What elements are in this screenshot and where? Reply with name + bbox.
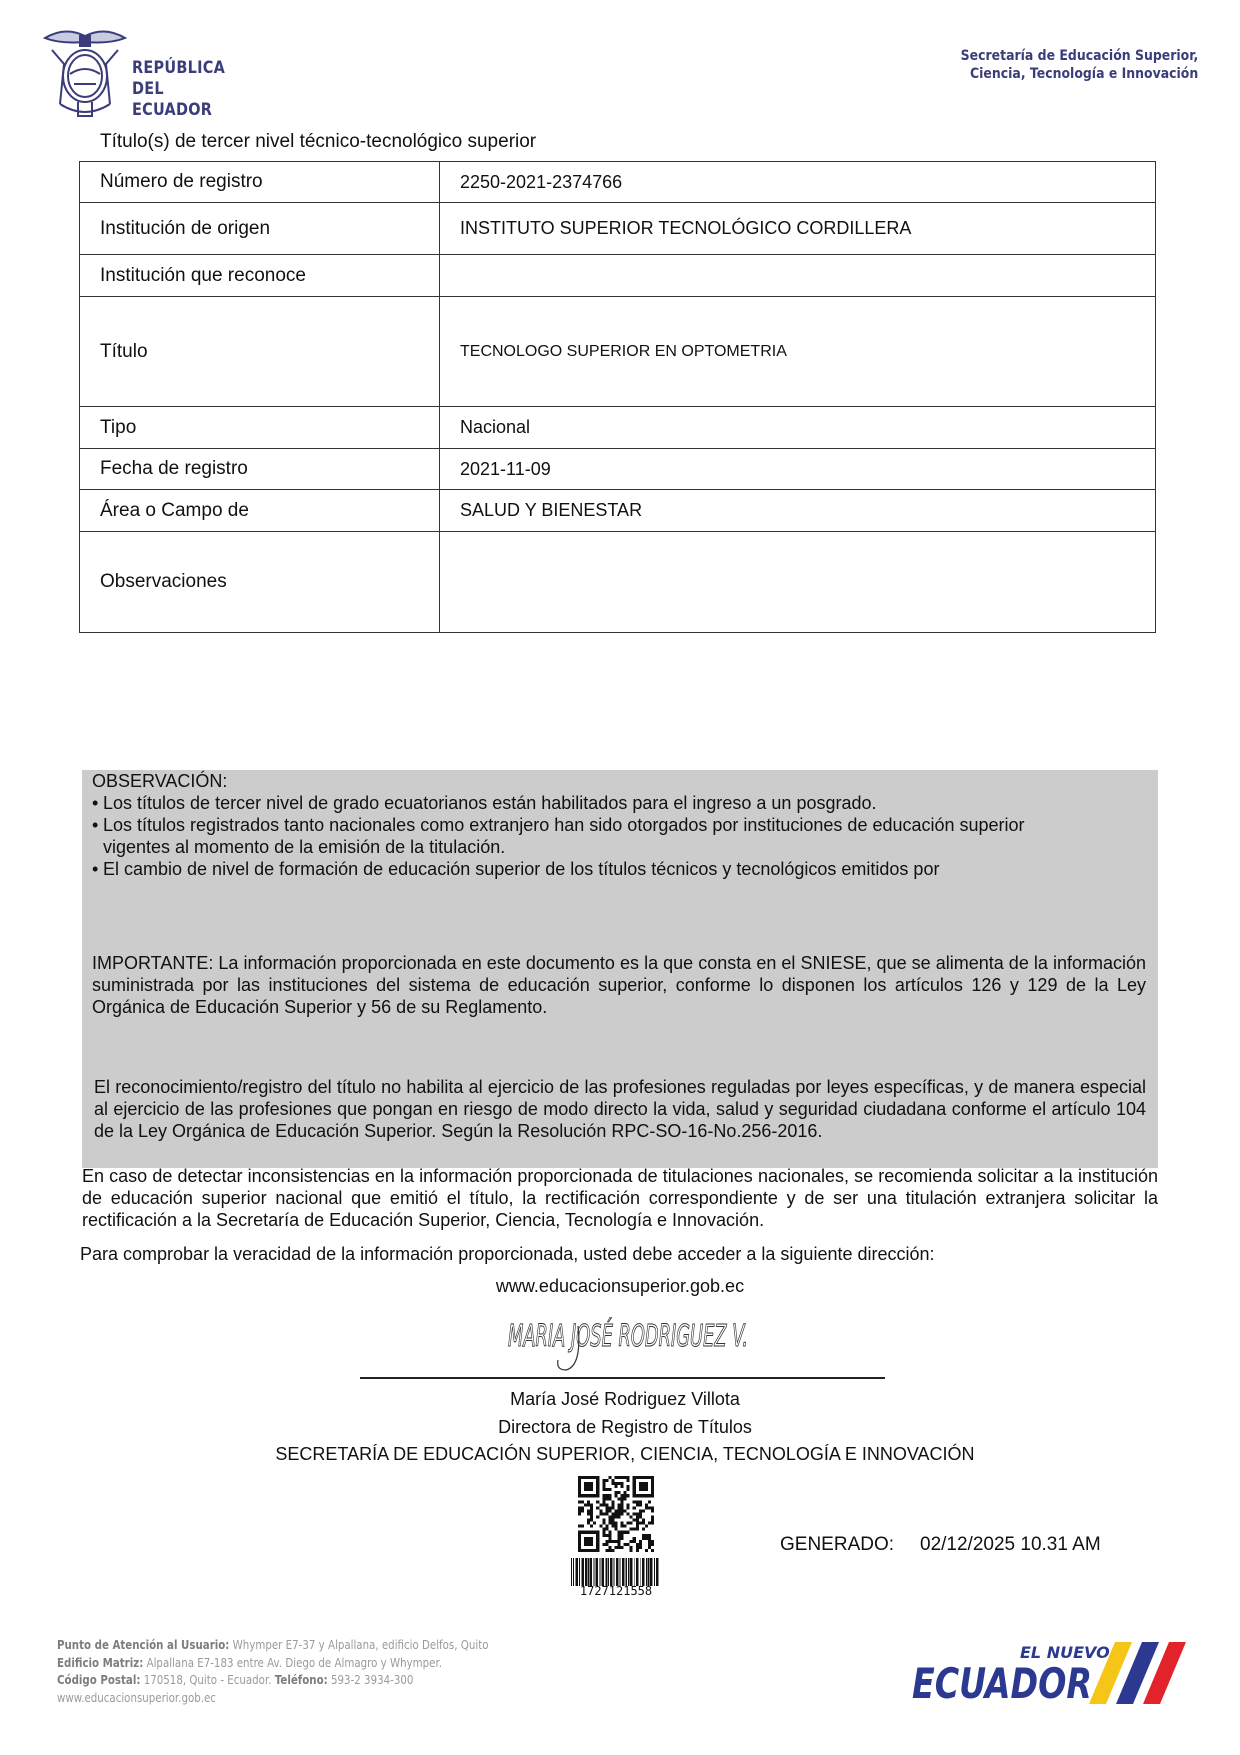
list-item: Los títulos registrados tanto nacionales… <box>92 814 1083 858</box>
important-notice: IMPORTANTE: La información proporcionada… <box>92 952 1146 1018</box>
signer-role: Directora de Registro de Títulos <box>0 1417 1240 1438</box>
generated-timestamp: 02/12/2025 10.31 AM <box>920 1534 1101 1556</box>
verification-website-link[interactable]: www.educacionsuperior.gob.ec <box>0 1276 1240 1297</box>
service-point-value: Whymper E7-37 y Alpallana, edificio Delf… <box>233 1637 489 1652</box>
footer-website[interactable]: www.educacionsuperior.gob.ec <box>57 1689 488 1707</box>
field-value: Nacional <box>440 407 1156 449</box>
postal-value: 170518, Quito - Ecuador. <box>144 1672 272 1687</box>
barcode-number: 1727121558 <box>560 1584 672 1598</box>
signature-line <box>360 1377 885 1379</box>
table-row: Tipo Nacional <box>80 407 1156 449</box>
table-row: Institución que reconoce <box>80 255 1156 297</box>
field-label: Número de registro <box>80 162 440 203</box>
table-row: Área o Campo de SALUD Y BIENESTAR <box>80 490 1156 532</box>
gov-name-line2: DEL ECUADOR <box>132 79 232 121</box>
gov-name-line1: REPÚBLICA <box>132 58 232 79</box>
footer-service-point: Punto de Atención al Usuario: Whymper E7… <box>57 1636 488 1654</box>
field-label: Título <box>80 297 440 407</box>
registration-table: Número de registro 2250-2021-2374766 Ins… <box>79 161 1156 633</box>
list-item: El cambio de nivel de formación de educa… <box>92 858 1132 880</box>
ministry-name: Secretaría de Educación Superior, Cienci… <box>960 47 1198 83</box>
field-label: Observaciones <box>80 532 440 633</box>
government-name: REPÚBLICA DEL ECUADOR <box>132 58 232 121</box>
main-building-label: Edificio Matriz: <box>57 1655 143 1670</box>
field-label: Tipo <box>80 407 440 449</box>
table-row: Título TECNOLOGO SUPERIOR EN OPTOMETRIA <box>80 297 1156 407</box>
service-point-label: Punto de Atención al Usuario: <box>57 1637 229 1652</box>
section-title: Título(s) de tercer nivel técnico-tecnol… <box>100 131 536 153</box>
barcode-icon <box>570 1558 662 1586</box>
list-item: Los títulos de tercer nivel de grado ecu… <box>92 792 1132 814</box>
field-value <box>440 255 1156 297</box>
table-row: Institución de origen INSTITUTO SUPERIOR… <box>80 203 1156 255</box>
field-label: Área o Campo de <box>80 490 440 532</box>
main-building-value: Alpallana E7-183 entre Av. Diego de Alma… <box>147 1655 442 1670</box>
handwritten-signature: MARIA JOSÉ RODRIGUEZ V. <box>500 1296 760 1376</box>
table-row: Número de registro 2250-2021-2374766 <box>80 162 1156 203</box>
field-value: 2250-2021-2374766 <box>440 162 1156 203</box>
field-label: Fecha de registro <box>80 449 440 490</box>
table-row: Fecha de registro 2021-11-09 <box>80 449 1156 490</box>
field-label: Institución que reconoce <box>80 255 440 297</box>
postal-label: Código Postal: <box>57 1672 140 1687</box>
inconsistencies-notice: En caso de detectar inconsistencias en l… <box>82 1165 1158 1231</box>
republic-of-ecuador-logo: REPÚBLICA DEL ECUADOR <box>40 24 250 120</box>
svg-text:ECUADOR: ECUADOR <box>912 1659 1092 1708</box>
el-nuevo-ecuador-logo: EL NUEVO ECUADOR <box>910 1632 1200 1712</box>
verification-text: Para comprobar la veracidad de la inform… <box>80 1244 935 1265</box>
svg-text:MARIA JOSÉ RODRIGUEZ V.: MARIA JOSÉ RODRIGUEZ V. <box>508 1318 748 1354</box>
observation-list: Los títulos de tercer nivel de grado ecu… <box>92 792 1132 880</box>
coat-of-arms-icon <box>40 24 130 120</box>
footer-main-building: Edificio Matriz: Alpallana E7-183 entre … <box>57 1654 488 1672</box>
generated-label: GENERADO: <box>780 1534 894 1556</box>
field-value <box>440 532 1156 633</box>
table-row: Observaciones <box>80 532 1156 633</box>
field-value: TECNOLOGO SUPERIOR EN OPTOMETRIA <box>440 297 1156 407</box>
phone-value: 593-2 3934-300 <box>331 1672 413 1687</box>
phone-label: Teléfono: <box>275 1672 328 1687</box>
ministry-line2: Ciencia, Tecnología e Innovación <box>960 65 1198 83</box>
field-label: Institución de origen <box>80 203 440 255</box>
observations-box: OBSERVACIÓN: Los títulos de tercer nivel… <box>82 770 1158 1168</box>
field-value: SALUD Y BIENESTAR <box>440 490 1156 532</box>
field-value: INSTITUTO SUPERIOR TECNOLÓGICO CORDILLER… <box>440 203 1156 255</box>
ministry-line1: Secretaría de Educación Superior, <box>960 47 1198 65</box>
footer-address: Punto de Atención al Usuario: Whymper E7… <box>57 1636 488 1706</box>
observation-heading: OBSERVACIÓN: <box>92 770 227 792</box>
footer-postal-phone: Código Postal: 170518, Quito - Ecuador. … <box>57 1671 488 1689</box>
recognition-notice: El reconocimiento/registro del título no… <box>94 1076 1146 1142</box>
signer-organization: SECRETARÍA DE EDUCACIÓN SUPERIOR, CIENCI… <box>0 1444 1240 1465</box>
signer-name: María José Rodriguez Villota <box>0 1389 1240 1410</box>
qr-code-icon <box>578 1475 654 1553</box>
field-value: 2021-11-09 <box>440 449 1156 490</box>
